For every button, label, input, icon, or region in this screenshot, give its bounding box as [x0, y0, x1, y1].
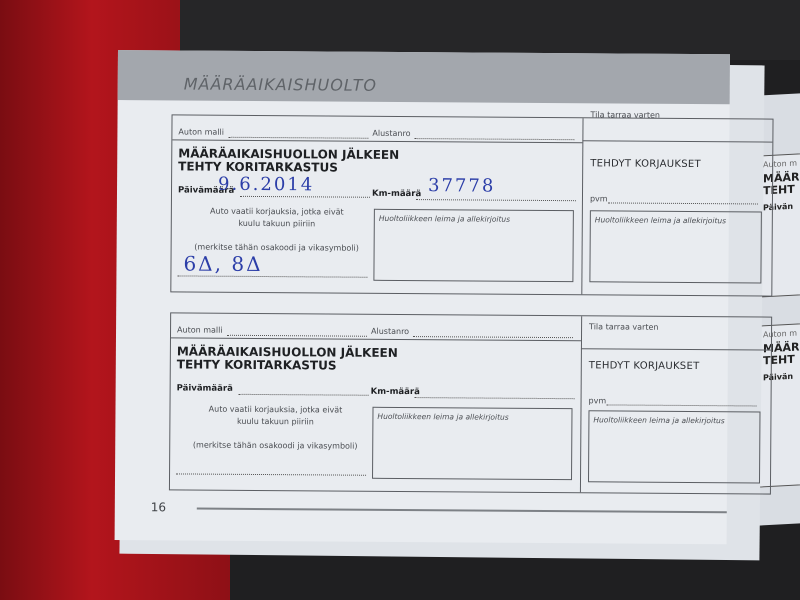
code-field[interactable]	[176, 473, 366, 475]
chassis-label: Alustanro	[372, 129, 410, 138]
code-value-handwritten: 6Δ, 8Δ	[183, 251, 262, 276]
chassis-label: Alustanro	[371, 327, 409, 336]
repairs-note: Auto vaatii korjauksia, jotka eivätkuulu…	[192, 206, 362, 231]
date-value-handwritten: 9.6.2014	[218, 174, 314, 196]
dealer-stamp-box-right: Huoltoliikkeen leima ja allekirjoitus	[588, 410, 760, 483]
repairs-done-title: TEHDYT KORJAUKSET	[590, 158, 701, 170]
date-field[interactable]	[240, 196, 370, 198]
date-field[interactable]	[239, 394, 369, 396]
km-label: Km-määrä	[371, 387, 420, 397]
code-note: (merkitse tähän osakoodi ja vikasymboli)	[190, 440, 360, 453]
repairs-done-title: TEHDYT KORJAUKSET	[589, 360, 700, 372]
pvm-field[interactable]	[608, 202, 758, 204]
dealer-stamp-box: Huoltoliikkeen leima ja allekirjoitus	[372, 407, 572, 480]
car-model-label: Auton malli	[177, 325, 223, 334]
page-number: 16	[151, 500, 166, 514]
km-value-handwritten: 37778	[428, 175, 495, 196]
column-divider	[581, 118, 583, 294]
km-field[interactable]	[415, 397, 575, 399]
form-title: MÄÄRÄAIKAISHUOLLON JÄLKEENTEHTY KORITARK…	[178, 147, 399, 175]
section-title: MÄÄRÄAIKAISHUOLTO	[184, 74, 377, 94]
booklet-page: MÄÄRÄAIKAISHUOLTO Auton malli Alustanro …	[115, 50, 730, 544]
divider	[581, 348, 771, 350]
dealer-stamp-box-right: Huoltoliikkeen leima ja allekirjoitus	[589, 210, 761, 283]
pvm-label: pvm	[590, 194, 608, 203]
repairs-note: Auto vaatii korjauksia, jotka eivätkuulu…	[190, 404, 360, 429]
code-field[interactable]	[177, 275, 367, 277]
footer-rule	[197, 508, 727, 514]
date-label: Päivämäärä	[177, 383, 233, 393]
km-field[interactable]	[416, 199, 576, 201]
inspection-form-2: Auton malli Alustanro MÄÄRÄAIKAISHUOLLON…	[169, 312, 772, 494]
divider	[582, 140, 772, 142]
car-model-label: Auton malli	[178, 127, 224, 136]
km-label: Km-määrä	[372, 189, 421, 199]
form-title: MÄÄRÄAIKAISHUOLLON JÄLKEENTEHTY KORITARK…	[177, 345, 398, 373]
dealer-stamp-box: Huoltoliikkeen leima ja allekirjoitus	[373, 209, 573, 282]
sticker-space-label: Tila tarraa varten	[589, 322, 658, 331]
inspection-form-1: Auton malli Alustanro MÄÄRÄAIKAISHUOLLON…	[170, 114, 773, 296]
column-divider	[580, 316, 582, 492]
sticker-space-label: Tila tarraa varten	[591, 110, 660, 119]
pvm-field[interactable]	[607, 404, 757, 406]
header-band: MÄÄRÄAIKAISHUOLTO	[118, 50, 730, 104]
pvm-label: pvm	[589, 396, 607, 405]
